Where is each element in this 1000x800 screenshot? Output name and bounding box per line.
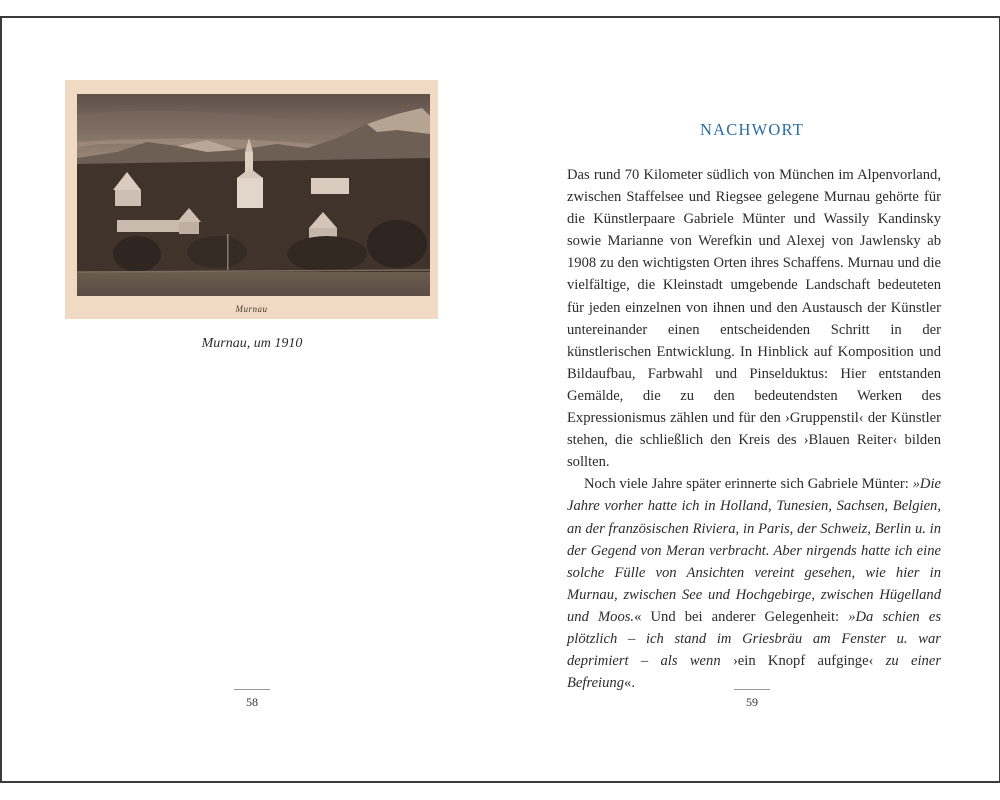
right-page: NACHWORT Das rund 70 Kilometer südlich v… [501,18,1000,781]
body-text: Das rund 70 Kilometer südlich von Münche… [567,164,941,694]
text-segment: ›ein Knopf aufginge‹ [733,653,886,669]
photo-card: Murnau [65,80,438,319]
murnau-photo [77,94,430,296]
paragraph-1: Das rund 70 Kilometer südlich von Münche… [567,164,941,473]
sepia-landscape-image [77,94,430,296]
photo-caption: Murnau, um 1910 [2,336,502,352]
text-segment: Das rund 70 Kilometer südlich von Münche… [567,167,941,470]
photo-inscription: Murnau [65,304,438,314]
quote-segment: »Die Jahre vorher hatte ich in Holland, … [567,476,941,625]
folio-right: 59 [734,689,770,710]
paragraph-2: Noch viele Jahre später erinnerte sich G… [567,473,941,694]
left-page: Murnau Murnau, um 1910 58 [2,18,501,781]
folio-rule [734,689,770,690]
text-segment: Noch viele Jahre später erinnerte sich G… [584,476,913,492]
chapter-heading: NACHWORT [501,120,1000,140]
folio-left: 58 [234,689,270,710]
book-spread-frame: Murnau Murnau, um 1910 58 NACHWORT Das r… [0,16,1000,783]
folio-rule [234,689,270,690]
text-segment: « Und bei anderer Gelegenheit: [634,609,848,625]
text-segment: «. [624,675,635,691]
page-number-right: 59 [734,695,770,710]
page-number-left: 58 [234,695,270,710]
